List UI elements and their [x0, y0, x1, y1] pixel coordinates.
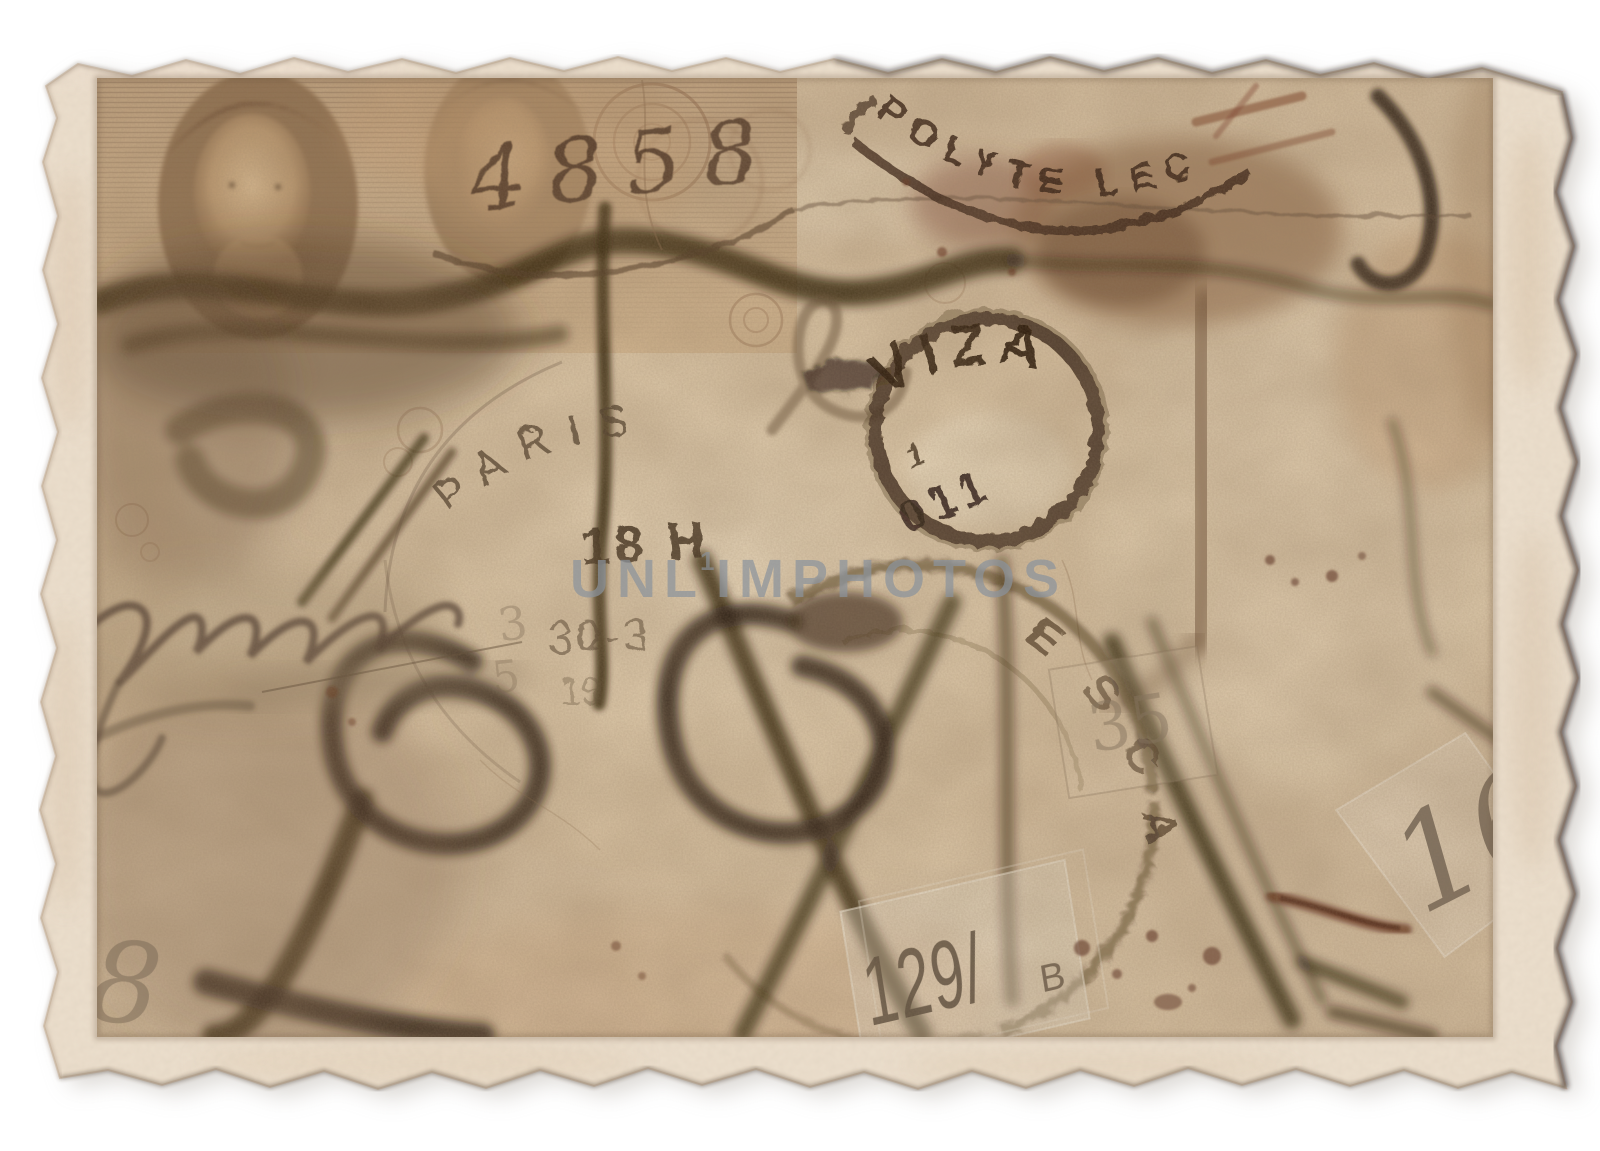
watermark-part2: IMPHOTOS: [716, 549, 1067, 609]
vintage-photo-scene: 4858 POLYTE LEC PARIS 18 H 30-3 19: [0, 0, 1600, 1151]
watermark-sup: 1: [700, 546, 714, 576]
photo-image: 4858 POLYTE LEC PARIS 18 H 30-3 19: [40, 58, 1590, 1095]
watermark: UNL 1 IMPHOTOS: [570, 546, 1067, 609]
artwork-svg: 4858 POLYTE LEC PARIS 18 H 30-3 19: [0, 0, 1600, 1151]
watermark-part1: UNL: [570, 549, 705, 609]
